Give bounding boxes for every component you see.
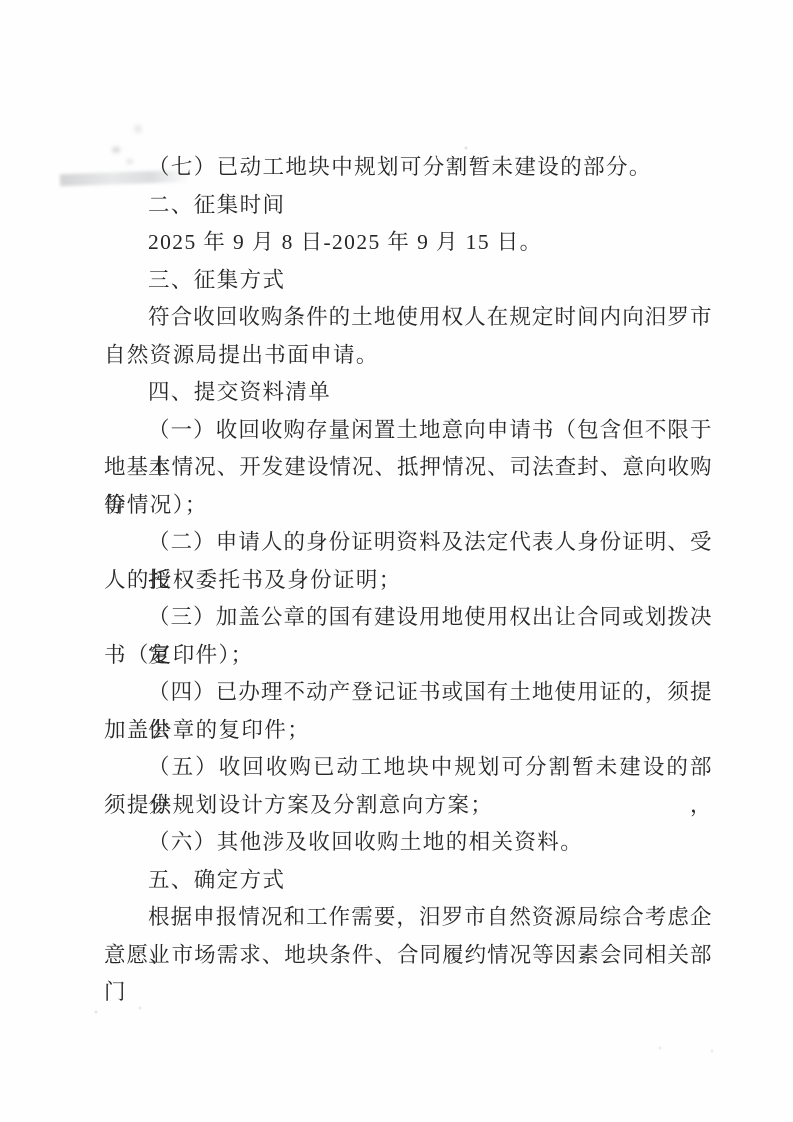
text-line: 2025 年 9 月 8 日-2025 年 9 月 15 日。 [104, 224, 712, 262]
scanned-document-page: （七）已动工地块中规划可分割暂未建设的部分。二、征集时间2025 年 9 月 8… [0, 0, 793, 1122]
text-line: （二）申请人的身份证明资料及法定代表人身份证明、受托 [104, 524, 712, 562]
text-line: （七）已动工地块中规划可分割暂未建设的部分。 [104, 149, 712, 187]
text-line: 五、确定方式 [104, 862, 712, 900]
scan-smudge [128, 118, 148, 140]
text-line: 意愿、市场需求、地块条件、合同履约情况等因素会同相关部门 [104, 937, 712, 975]
text-line: （三）加盖公章的国有建设用地使用权出让合同或划拨决定 [104, 599, 712, 637]
text-line: 二、征集时间 [104, 187, 712, 225]
text-line: 人的授权委托书及身份证明； [104, 562, 712, 600]
text-line: 四、提交资料清单 [104, 374, 712, 412]
text-line: 自然资源局提出书面申请。 [104, 337, 712, 375]
document-body: （七）已动工地块中规划可分割暂未建设的部分。二、征集时间2025 年 9 月 8… [104, 149, 712, 974]
text-line: （五）收回收购已动工地块中规划可分割暂未建设的部分， [104, 749, 712, 787]
text-line: 根据申报情况和工作需要，汨罗市自然资源局综合考虑企业 [104, 899, 712, 937]
text-line: 加盖公章的复印件； [104, 712, 712, 750]
text-line: 书（复印件）； [104, 637, 712, 675]
text-line: （一）收回收购存量闲置土地意向申请书（包含但不限于土 [104, 412, 712, 450]
text-line: 等情况）； [104, 487, 712, 525]
text-line: （四）已办理不动产登记证书或国有土地使用证的，须提供 [104, 674, 712, 712]
text-line: 符合收回收购条件的土地使用权人在规定时间内向汨罗市 [104, 299, 712, 337]
text-line: 三、征集方式 [104, 262, 712, 300]
text-line: 地基本情况、开发建设情况、抵押情况、司法查封、意向收购价 [104, 449, 712, 487]
text-line: （六）其他涉及收回收购土地的相关资料。 [104, 824, 712, 862]
